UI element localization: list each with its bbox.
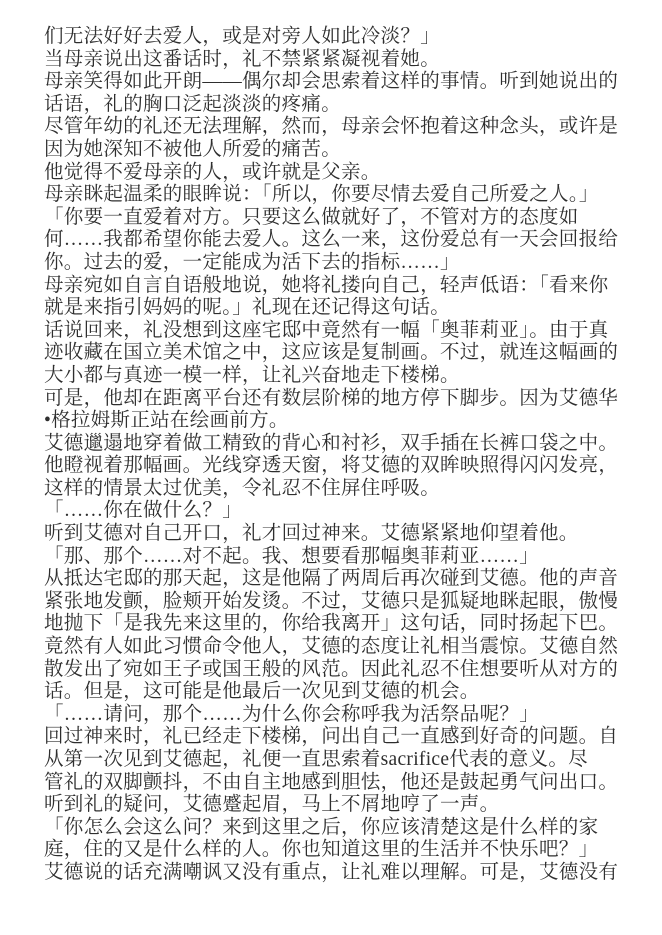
- text-line: 庭，住的又是什么样的人。你也知道这里的生活并不快乐吧？」: [44, 839, 634, 862]
- text-line: 「你怎么会这么问？来到这里之后，你应该清楚这是什么样的家: [44, 817, 634, 840]
- text-line: 回过神来时，礼已经走下楼梯，问出自己一直感到好奇的问题。自: [44, 726, 634, 749]
- text-line: 「……你在做什么？」: [44, 500, 634, 523]
- text-line: 艾德邋遢地穿着做工精致的背心和衬衫，双手插在长裤口袋之中。: [44, 433, 634, 456]
- text-block: 们无法好好去爱人，或是对旁人如此冷淡？」 当母亲说出这番话时，礼不禁紧紧凝视着她…: [44, 26, 634, 885]
- text-line: 从抵达宅邸的那天起，这是他隔了两周后再次碰到艾德。他的声音: [44, 568, 634, 591]
- text-line: 这样的情景太过优美，令礼忍不住屏住呼吸。: [44, 478, 634, 501]
- text-line: 迹收藏在国立美术馆之中，这应该是复制画。不过，就连这幅画的: [44, 342, 634, 365]
- text-line: 他瞪视着那幅画。光线穿透天窗，将艾德的双眸映照得闪闪发亮，: [44, 455, 634, 478]
- text-line: 母亲笑得如此开朗——偶尔却会思索着这样的事情。听到她说出的: [44, 71, 634, 94]
- text-line: 「……请问，那个……为什么你会称呼我为活祭品呢？」: [44, 704, 634, 727]
- text-line: 「你要一直爱着对方。只要这么做就好了，不管对方的态度如: [44, 207, 634, 230]
- text-line: 话语，礼的胸口泛起淡淡的疼痛。: [44, 94, 634, 117]
- text-line: 何……我都希望你能去爱人。这么一来，这份爱总有一天会回报给: [44, 229, 634, 252]
- text-line: 他觉得不爱母亲的人，或许就是父亲。: [44, 162, 634, 185]
- text-line: 就是来指引妈妈的呢。」礼现在还记得这句话。: [44, 297, 634, 320]
- text-line: 地抛下「是我先来这里的，你给我离开」这句话，同时扬起下巴。: [44, 613, 634, 636]
- text-line: 听到艾德对自己开口，礼才回过神来。艾德紧紧地仰望着他。: [44, 523, 634, 546]
- text-line: 当母亲说出这番话时，礼不禁紧紧凝视着她。: [44, 49, 634, 72]
- text-line: •格拉姆斯正站在绘画前方。: [44, 410, 634, 433]
- text-line: 从第一次见到艾德起，礼便一直思索着sacrifice代表的意义。尽: [44, 749, 634, 772]
- text-line: 散发出了宛如王子或国王般的风范。因此礼忍不住想要听从对方的: [44, 659, 634, 682]
- novel-page: 们无法好好去爱人，或是对旁人如此冷淡？」 当母亲说出这番话时，礼不禁紧紧凝视着她…: [0, 0, 662, 935]
- text-line: 「那、那个……对不起。我、想要看那幅奥菲莉亚……」: [44, 546, 634, 569]
- text-line: 你。过去的爱，一定能成为活下去的指标……」: [44, 252, 634, 275]
- text-line: 因为她深知不被他人所爱的痛苦。: [44, 139, 634, 162]
- text-line: 话。但是，这可能是他最后一次见到艾德的机会。: [44, 681, 634, 704]
- text-line: 话说回来，礼没想到这座宅邸中竟然有一幅「奥菲莉亚」。由于真: [44, 320, 634, 343]
- text-line: 紧张地发颤，脸颊开始发烫。不过，艾德只是狐疑地眯起眼，傲慢: [44, 591, 634, 614]
- text-line: 可是，他却在距离平台还有数层阶梯的地方停下脚步。因为艾德华: [44, 388, 634, 411]
- text-line: 管礼的双脚颤抖，不由自主地感到胆怯，他还是鼓起勇气问出口。: [44, 772, 634, 795]
- text-line: 尽管年幼的礼还无法理解，然而，母亲会怀抱着这种念头，或许是: [44, 116, 634, 139]
- text-line: 母亲眯起温柔的眼眸说：「所以，你要尽情去爱自己所爱之人。」: [44, 184, 634, 207]
- text-line: 艾德说的话充满嘲讽又没有重点，让礼难以理解。可是，艾德没有: [44, 862, 634, 885]
- text-line: 听到礼的疑问，艾德蹙起眉，马上不屑地哼了一声。: [44, 794, 634, 817]
- text-line: 大小都与真迹一模一样，让礼兴奋地走下楼梯。: [44, 365, 634, 388]
- text-line: 竟然有人如此习惯命令他人，艾德的态度让礼相当震惊。艾德自然: [44, 636, 634, 659]
- text-line: 们无法好好去爱人，或是对旁人如此冷淡？」: [44, 26, 634, 49]
- text-line: 母亲宛如自言自语般地说，她将礼搂向自己，轻声低语：「看来你: [44, 275, 634, 298]
